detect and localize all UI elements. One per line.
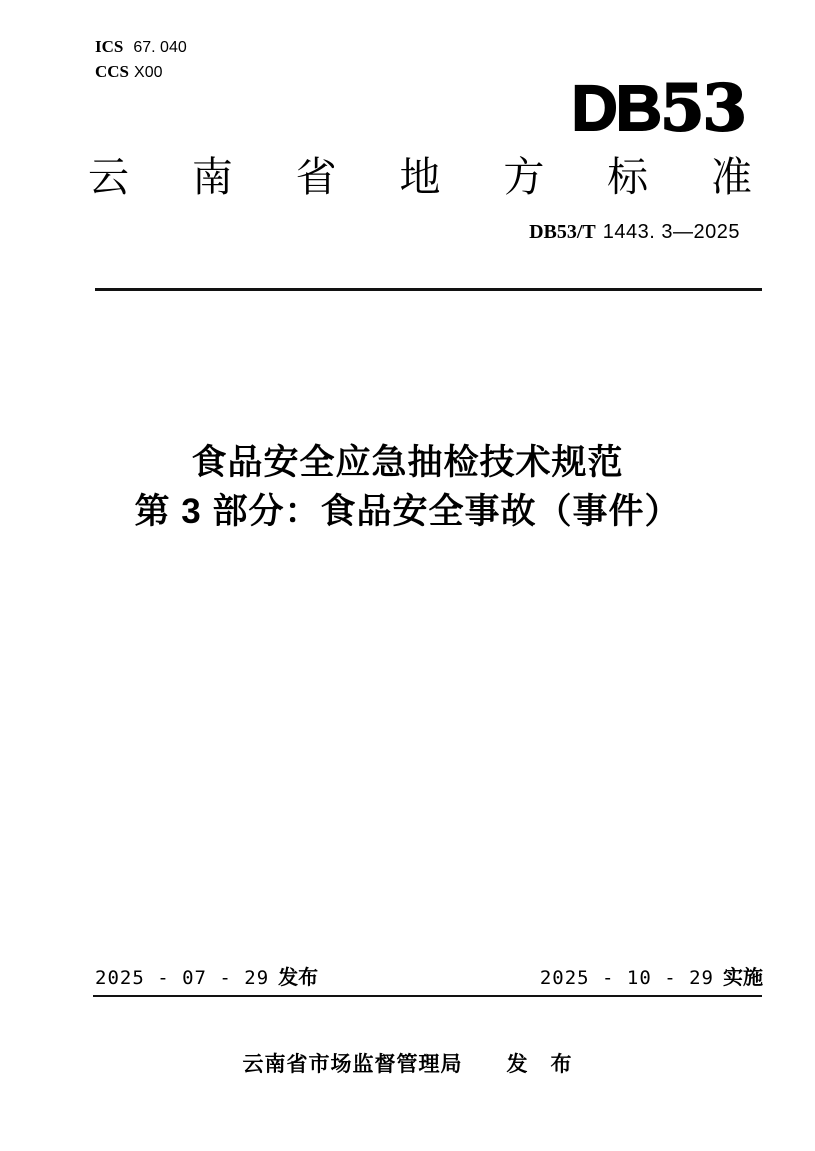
- ccs-code-line: CCSX00: [95, 61, 187, 86]
- publisher-action: 发 布: [507, 1053, 573, 1076]
- standard-code: DB53/T1443. 3—2025: [529, 221, 740, 244]
- document-title: 食品安全应急抽检技术规范 第 3 部分：食品安全事故（事件）: [0, 438, 815, 536]
- publisher-name: 云南省市场监督管理局: [243, 1053, 463, 1076]
- standard-code-number: 1443. 3—2025: [603, 221, 740, 243]
- footer-rule: [93, 995, 762, 997]
- standard-type-heading: 云南省地方标准: [88, 155, 752, 199]
- document-title-line2: 第 3 部分：食品安全事故（事件）: [0, 487, 815, 536]
- implement-date-label: 实施: [723, 967, 763, 989]
- document-title-line1: 食品安全应急抽检技术规范: [0, 438, 815, 487]
- issue-date-label: 发布: [278, 967, 318, 989]
- standard-cover-page: ICS67. 040 CCSX00 DB53 云南省地方标准 DB53/T144…: [0, 0, 815, 1151]
- db53-logo-prefix: DB: [572, 72, 660, 144]
- date-row: 2025 - 07 - 29发布 2025 - 10 - 29实施: [95, 961, 763, 990]
- issue-date-block: 2025 - 07 - 29发布: [95, 961, 318, 990]
- standard-type-char: 南: [192, 155, 233, 199]
- standard-code-prefix: DB53/T: [529, 221, 596, 243]
- ics-label: ICS: [95, 37, 123, 56]
- ics-code-line: ICS67. 040: [95, 36, 187, 61]
- issue-date: 2025 - 07 - 29: [95, 967, 269, 989]
- standard-type-char: 方: [503, 155, 544, 199]
- implement-date-block: 2025 - 10 - 29实施: [540, 961, 763, 990]
- ccs-label: CCS: [95, 62, 129, 81]
- implement-date: 2025 - 10 - 29: [540, 967, 714, 989]
- header-rule: [95, 288, 762, 291]
- publisher-row: 云南省市场监督管理局发 布: [0, 1048, 815, 1078]
- db53-logo: DB53: [572, 78, 746, 139]
- db53-logo-number: 53: [660, 71, 745, 146]
- ics-value: 67. 040: [133, 39, 186, 56]
- standard-type-char: 地: [399, 155, 440, 199]
- standard-type-char: 标: [607, 155, 648, 199]
- ccs-value: X00: [134, 64, 162, 81]
- standard-type-char: 省: [296, 155, 337, 199]
- standard-type-char: 云: [88, 155, 129, 199]
- classification-codes: ICS67. 040 CCSX00: [95, 36, 187, 86]
- standard-type-char: 准: [711, 155, 752, 199]
